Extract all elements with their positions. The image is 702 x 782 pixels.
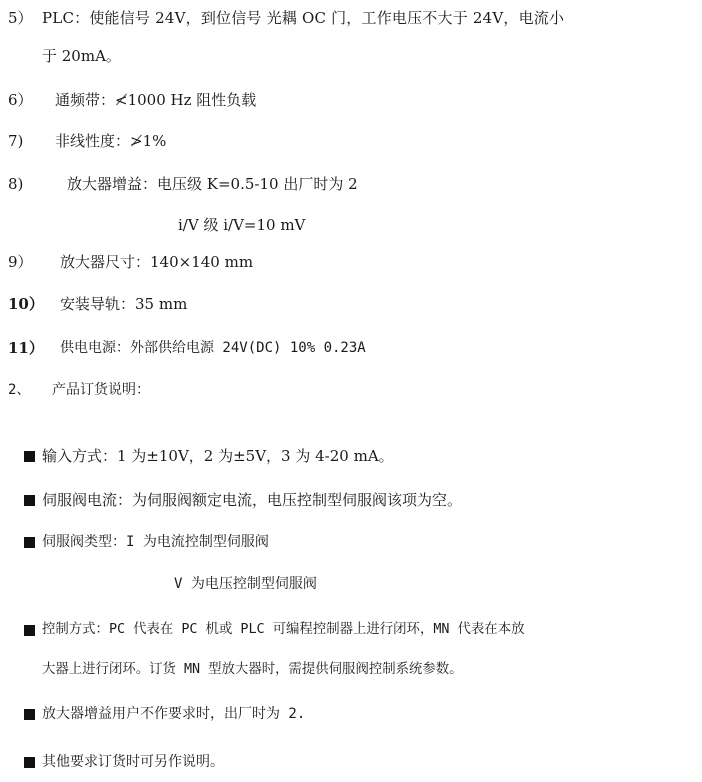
bullet-text: 输入方式：1 为±10V，2 为±5V，3 为 4-20 mA。 — [42, 446, 394, 466]
spec-item-5: 5） PLC：使能信号 24V，到位信号 光耦 OC 门，工作电压不大于 24V… — [0, 8, 702, 32]
spec-item-10: 10） 安装导轨：35 mm — [0, 294, 702, 318]
spec-text: 安装导轨：35 mm — [60, 294, 187, 314]
spec-text: 供电电源：外部供给电源 24V(DC) 10% 0.23A — [60, 338, 366, 358]
order-bullet-item: 输入方式：1 为±10V，2 为±5V，3 为 4-20 mA。 — [0, 446, 702, 470]
spec-item-9: 9） 放大器尺寸：140×140 mm — [0, 252, 702, 276]
spec-text-cont: 于 20mA。 — [42, 47, 121, 65]
bullet-4-continuation: 大器上进行闭环。订货 MN 型放大器时，需提供伺服阀控制系统参数。 — [42, 660, 463, 680]
spec-text: PLC：使能信号 24V，到位信号 光耦 OC 门，工作电压不大于 24V，电流… — [42, 8, 564, 28]
square-bullet-icon — [24, 709, 35, 720]
bullet-text-cont: V 为电压控制型伺服阀 — [174, 576, 317, 592]
bullet-3-continuation: V 为电压控制型伺服阀 — [174, 574, 317, 594]
bullet-text: 其他要求订货时可另作说明。 — [42, 752, 224, 772]
spec-text: 放大器尺寸：140×140 mm — [60, 252, 253, 272]
bullet-text: 放大器增益用户不作要求时，出厂时为 2. — [42, 704, 305, 724]
spec-number: 8) — [8, 174, 23, 194]
order-bullet-item: 伺服阀类型：I 为电流控制型伺服阀 — [0, 532, 702, 556]
square-bullet-icon — [24, 451, 35, 462]
spec-text-cont: i/V 级 i/V=10 mV — [178, 216, 305, 234]
spec-number: 11） — [8, 338, 44, 358]
bullet-text: 伺服阀电流：为伺服阀额定电流，电压控制型伺服阀该项为空。 — [42, 490, 462, 510]
section-title: 产品订货说明： — [52, 380, 150, 400]
square-bullet-icon — [24, 537, 35, 548]
spec-item-11: 11） 供电电源：外部供给电源 24V(DC) 10% 0.23A — [0, 338, 702, 362]
spec-text: 非线性度：≯1% — [55, 131, 166, 151]
spec-number: 7) — [8, 131, 23, 151]
spec-number: 5） — [8, 8, 33, 28]
square-bullet-icon — [24, 495, 35, 506]
spec-item-8-continuation: i/V 级 i/V=10 mV — [178, 215, 305, 235]
spec-item-8: 8) 放大器增益：电压级 K=0.5-10 出厂时为 2 — [0, 174, 702, 198]
bullet-text-cont: 大器上进行闭环。订货 MN 型放大器时，需提供伺服阀控制系统参数。 — [42, 662, 463, 677]
spec-number: 9） — [8, 252, 33, 272]
square-bullet-icon — [24, 757, 35, 768]
bullet-text: 控制方式：PC 代表在 PC 机或 PLC 可编程控制器上进行闭环，MN 代表在… — [42, 620, 524, 640]
spec-item-6: 6） 通频带：≮1000 Hz 阻性负载 — [0, 90, 702, 114]
spec-text: 放大器增益：电压级 K=0.5-10 出厂时为 2 — [67, 174, 358, 194]
spec-number: 6） — [8, 90, 33, 110]
order-bullet-item: 放大器增益用户不作要求时，出厂时为 2. — [0, 704, 702, 728]
order-bullet-item: 其他要求订货时可另作说明。 — [0, 752, 702, 776]
spec-number: 10） — [8, 294, 44, 314]
spec-item-5-continuation: 于 20mA。 — [42, 46, 121, 66]
spec-text: 通频带：≮1000 Hz 阻性负载 — [55, 90, 256, 110]
bullet-text: 伺服阀类型：I 为电流控制型伺服阀 — [42, 532, 269, 552]
section-number: 2、 — [8, 380, 30, 400]
square-bullet-icon — [24, 625, 35, 636]
order-bullet-item: 伺服阀电流：为伺服阀额定电流，电压控制型伺服阀该项为空。 — [0, 490, 702, 514]
order-bullet-item: 控制方式：PC 代表在 PC 机或 PLC 可编程控制器上进行闭环，MN 代表在… — [0, 620, 702, 644]
spec-item-7: 7) 非线性度：≯1% — [0, 131, 702, 155]
section-heading: 2、 产品订货说明： — [0, 380, 702, 404]
